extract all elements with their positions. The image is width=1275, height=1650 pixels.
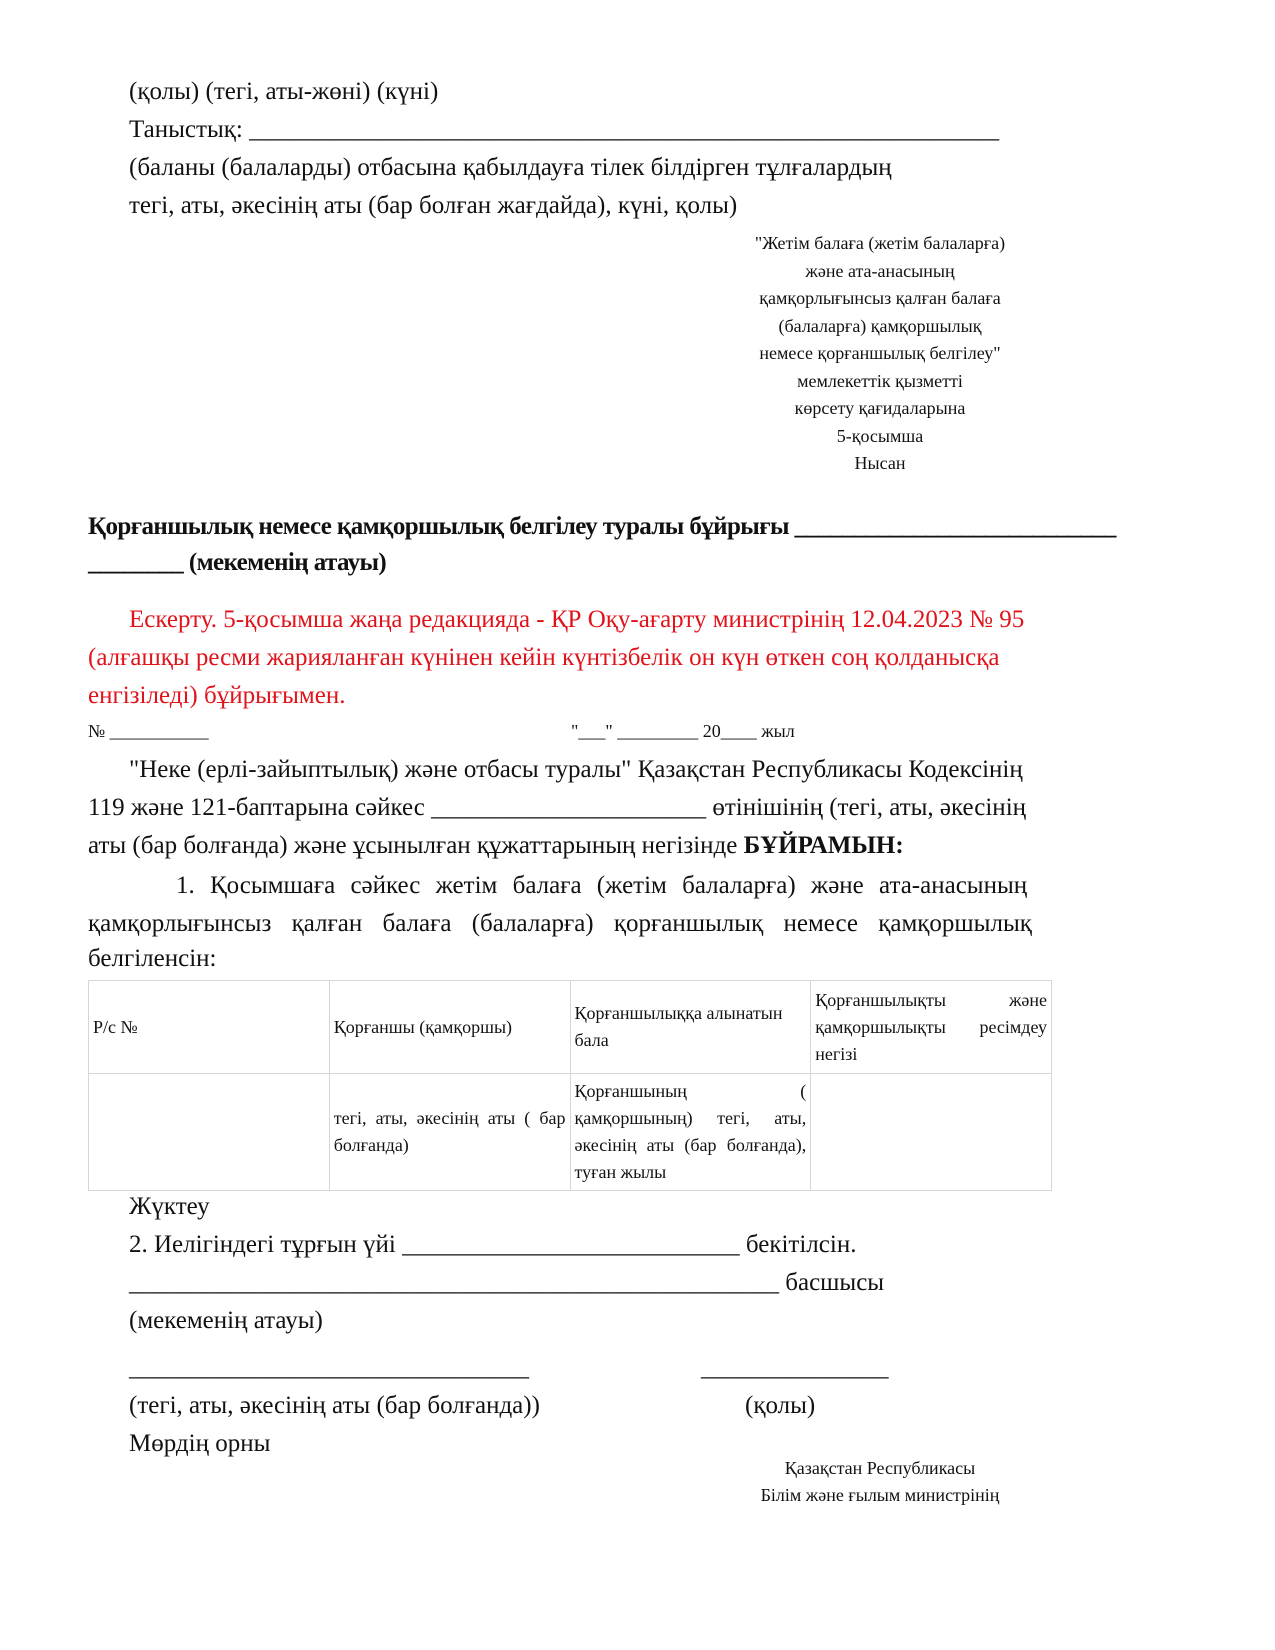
preamble-line-2: 119 және 121-баптарына сәйкес __________… xyxy=(88,789,1026,827)
clause-1-line-3: белгіленсін: xyxy=(88,940,216,978)
institution-name-note: (мекеменің атауы) xyxy=(129,1302,323,1340)
header-line: немесе қорғаншылық белгілеу" xyxy=(700,340,1060,368)
acquainted-note-line-1: (баланы (балаларды) отбасына қабылдауға … xyxy=(129,149,892,187)
cell-basis xyxy=(811,1074,1052,1191)
order-date-field: "___" _________ 20____ жыл xyxy=(571,718,795,745)
header-cell-basis: Қорғаншылықты және қамқоршылықты ресімде… xyxy=(811,981,1052,1074)
header-line: және ата-анасының xyxy=(700,258,1060,286)
header-line: "Жетім балаға (жетім балаларға) xyxy=(700,230,1060,258)
next-appendix-header: Қазақстан Республикасы Білім және ғылым … xyxy=(700,1455,1060,1509)
name-blank-line: ________________________________ xyxy=(129,1349,529,1387)
header-line: қамқорлығынсыз қалған балаға xyxy=(700,285,1060,313)
name-note: (тегі, аты, әкесінің аты (бар болғанда)) xyxy=(129,1387,540,1425)
cell-guardian-name: тегі, аты, әкесінің аты ( бар болғанда) xyxy=(329,1074,570,1191)
table-header-row: Р/с № Қорғаншы (қамқоршы) Қорғаншылыққа … xyxy=(89,981,1052,1074)
guardianship-table: Р/с № Қорғаншы (қамқоршы) Қорғаншылыққа … xyxy=(88,980,1052,1191)
table-row: тегі, аты, әкесінің аты ( бар болғанда) … xyxy=(89,1074,1052,1191)
clause-1-line-1: 1. Қосымшаға сәйкес жетім балаға (жетім … xyxy=(176,867,1027,905)
cell-child-details: Қорғаншының ( қамқоршының) тегі, аты, әк… xyxy=(570,1074,811,1191)
cell-number xyxy=(89,1074,330,1191)
amendment-note-line-3: енгізіледі) бұйрығымен. xyxy=(88,677,345,715)
order-keyword: БҰЙРАМЫН: xyxy=(744,832,904,859)
amendment-note-line-1: Ескерту. 5-қосымша жаңа редакцияда - ҚР … xyxy=(129,601,1024,639)
clause-2: 2. Иелігіндегі тұрғын үйі ______________… xyxy=(129,1226,856,1264)
header-line: көрсету қағидаларына xyxy=(700,395,1060,423)
acquainted-label: Таныстық: ______________________________… xyxy=(129,111,999,149)
seal-place: Мөрдің орны xyxy=(129,1425,270,1463)
header-line: 5-қосымша xyxy=(700,423,1060,451)
signature-blank-line: _______________ xyxy=(701,1349,889,1387)
acquainted-note-line-2: тегі, аты, әкесінің аты (бар болған жағд… xyxy=(129,187,737,225)
header-cell-number: Р/с № xyxy=(89,981,330,1074)
signature-note: (қолы) xyxy=(745,1387,815,1425)
document-title-line-2: ________ (мекеменің атауы) xyxy=(88,544,386,582)
footer-line: Білім және ғылым министрінің xyxy=(700,1482,1060,1509)
attachment-label: Жүктеу xyxy=(129,1188,210,1226)
head-signature-line: ________________________________________… xyxy=(129,1264,884,1302)
header-line: (балаларға) қамқоршылық xyxy=(700,313,1060,341)
document-title-line-1: Қорғаншылық немесе қамқоршылық белгілеу … xyxy=(88,508,1116,546)
preamble-line-3: аты (бар болғанда) және ұсынылған құжатт… xyxy=(88,827,904,865)
footer-line: Қазақстан Республикасы xyxy=(700,1455,1060,1482)
preamble-line-1: "Неке (ерлі-зайыптылық) және отбасы тура… xyxy=(129,751,1023,789)
header-cell-child: Қорғаншылыққа алынатын бала xyxy=(570,981,811,1074)
header-cell-guardian: Қорғаншы (қамқоршы) xyxy=(329,981,570,1074)
amendment-note-line-2: (алғашқы ресми жарияланған күнінен кейін… xyxy=(88,639,1000,677)
form-label: Нысан xyxy=(700,450,1060,478)
preamble-text: аты (бар болғанда) және ұсынылған құжатт… xyxy=(88,832,744,859)
order-number-field: № ___________ xyxy=(88,718,209,745)
header-line: мемлекеттік қызметті xyxy=(700,368,1060,396)
signature-caption: (қолы) (тегі, аты-жөні) (күні) xyxy=(129,73,438,111)
clause-1-line-2: қамқорлығынсыз қалған балаға (балаларға)… xyxy=(88,905,1032,943)
appendix-header-block: "Жетім балаға (жетім балаларға) және ата… xyxy=(700,230,1060,478)
